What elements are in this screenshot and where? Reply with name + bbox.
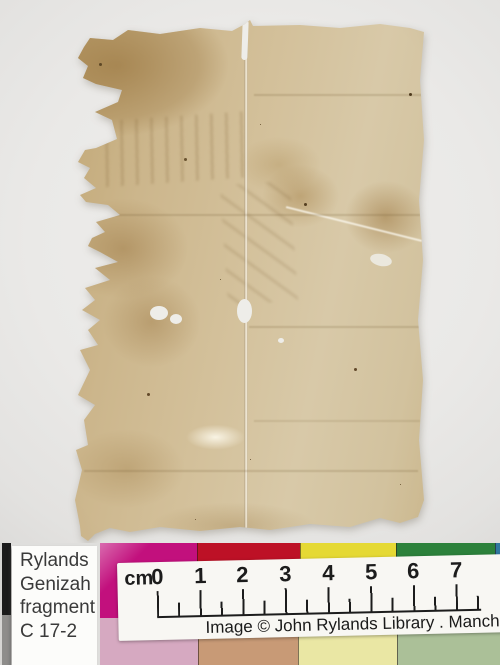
ruler-mark-1: 1	[190, 563, 211, 589]
diagonal-crease	[286, 206, 422, 242]
id-label-line: Genizah	[20, 573, 97, 597]
ruler-mark-7: 7	[446, 557, 467, 583]
id-label-card: Rylands Genizah fragment C 17-2	[12, 546, 97, 665]
faint-text-traces	[100, 111, 256, 187]
color-calibration-bar: Rylands Genizah fragment C 17-2 cm 0 1 2…	[0, 543, 500, 665]
horizontal-fold-line	[249, 326, 422, 328]
id-label-line: fragment	[20, 596, 97, 620]
horizontal-fold-line	[254, 94, 422, 96]
grayscale-patch-gray	[2, 615, 11, 665]
ruler-mark-5: 5	[361, 559, 382, 585]
manuscript-fragment-image	[74, 18, 428, 542]
ruler-mark-6: 6	[403, 558, 424, 584]
hole	[278, 338, 284, 343]
id-label-line: Rylands	[20, 549, 97, 573]
ruler-mark-4: 4	[318, 560, 339, 586]
digitized-image-canvas: Rylands Genizah fragment C 17-2 cm 0 1 2…	[0, 0, 500, 665]
shiny-patch	[369, 252, 393, 268]
hole	[150, 306, 168, 320]
horizontal-fold-line	[254, 420, 420, 422]
ruler-mark-0: 0	[147, 564, 168, 590]
ruler-mark-2: 2	[232, 562, 253, 588]
photo-area	[0, 0, 500, 543]
id-label-line: C 17-2	[20, 620, 97, 644]
ruler-mark-3: 3	[275, 561, 296, 587]
horizontal-fold-line	[82, 214, 420, 216]
cm-ruler-card: cm 0 1 2 3 4 5 6 7 Image © John Rylands …	[117, 554, 500, 641]
hole	[237, 299, 252, 323]
horizontal-fold-line	[84, 470, 418, 472]
grayscale-patch-black	[2, 543, 11, 615]
hole	[170, 314, 182, 324]
dirt-speckles	[99, 63, 102, 66]
faint-text-traces	[220, 181, 298, 306]
vertical-fold-crease	[244, 18, 248, 542]
